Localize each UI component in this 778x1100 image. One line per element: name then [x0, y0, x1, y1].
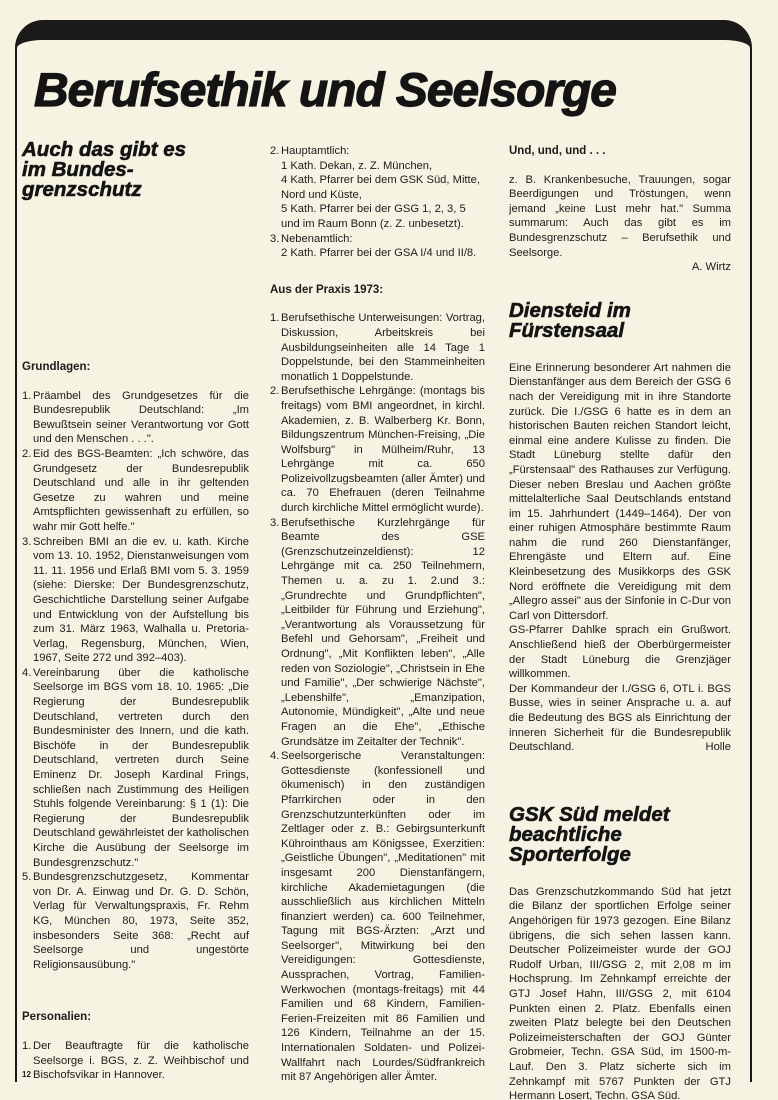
column-2: 2. Hauptamtlich: 1 Kath. Dekan, z. Z. Mü… — [270, 140, 485, 1085]
list-item: 4.Vereinbarung über die katholische Seel… — [22, 666, 249, 870]
column-3: Und, und, und . . . z. B. Krankenbesuche… — [509, 140, 731, 1100]
und-paragraph: z. B. Krankenbesuche, Trauungen, sogar B… — [509, 173, 731, 261]
list-item: 5.Bundesgrenzschutzgesetz, Kommentar von… — [22, 870, 249, 972]
article-heading-bgs: Auch das gibt es im Bundes- grenzschutz — [22, 140, 249, 200]
list-item: 2. Hauptamtlich: 1 Kath. Dekan, z. Z. Mü… — [270, 144, 485, 232]
list-item: 4.Seelsorgerische Veranstaltungen: Gotte… — [270, 749, 485, 1085]
personalien-list-cont: 2. Hauptamtlich: 1 Kath. Dekan, z. Z. Mü… — [270, 144, 485, 261]
article-paragraph: Das Grenzschutzkommando Süd hat jetzt di… — [509, 885, 731, 1100]
list-item: 3. Nebenamtlich: 2 Kath. Pfarrer bei der… — [270, 232, 485, 261]
article-paragraph: GS-Pfarrer Dahlke sprach ein Grußwort. A… — [509, 623, 731, 681]
section-heading-personalien: Personalien: — [22, 1010, 249, 1025]
section-heading-und: Und, und, und . . . — [509, 144, 731, 159]
author-signature: Holle — [706, 740, 732, 755]
page-title: Berufsethik und Seelsorge — [34, 62, 616, 117]
author-signature: A. Wirtz — [509, 260, 731, 275]
list-item: 3.Berufsethische Kurzlehrgänge für Beamt… — [270, 516, 485, 750]
article-paragraph: Der Kommandeur der I./GSG 6, OTL i. BGS … — [509, 682, 731, 755]
list-item: 1.Berufsethische Unterweisungen: Vortrag… — [270, 311, 485, 384]
grundlagen-list: 1.Präambel des Grundgesetzes für die Bun… — [22, 389, 249, 973]
column-1: Auch das gibt es im Bundes- grenzschutz … — [22, 140, 249, 1083]
list-item: 1.Der Beauftragte für die katholische Se… — [22, 1039, 249, 1083]
list-item: 2.Eid des BGS-Beamten: „Ich schwöre, das… — [22, 447, 249, 535]
praxis-list: 1.Berufsethische Unterweisungen: Vortrag… — [270, 311, 485, 1084]
section-heading-grundlagen: Grundlagen: — [22, 360, 249, 375]
personalien-list: 1.Der Beauftragte für die katholische Se… — [22, 1039, 249, 1083]
list-item: 2.Berufsethische Lehrgänge: (montags bis… — [270, 384, 485, 515]
list-item: 1.Präambel des Grundgesetzes für die Bun… — [22, 389, 249, 447]
article-heading-sporterfolge: GSK Süd meldet beachtliche Sporterfolge — [509, 805, 731, 865]
article-paragraph: Eine Erinnerung besonderer Art nahmen di… — [509, 361, 731, 624]
section-heading-praxis: Aus der Praxis 1973: — [270, 283, 485, 298]
article-heading-diensteid: Diensteid im Fürstensaal — [509, 301, 731, 341]
list-item: 3.Schreiben BMI an die ev. u. kath. Kirc… — [22, 535, 249, 666]
page-number: 12 — [22, 1070, 31, 1079]
